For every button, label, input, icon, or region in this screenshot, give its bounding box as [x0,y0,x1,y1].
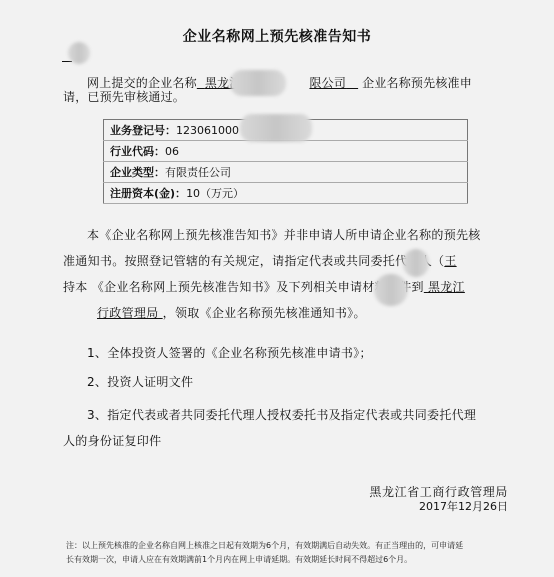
redaction-blur [374,274,408,306]
agent-name: 王 [444,254,480,268]
field-value: 123061000 [176,124,239,137]
redaction-blur [240,114,312,142]
field-value: 10（万元） [186,187,244,200]
field-label: 业务登记号： [110,124,176,137]
redaction-blur [403,249,429,277]
field-label: 行业代码： [110,145,165,158]
table-cell: 行业代码：06 [104,141,468,162]
body-part2: 持本 《企业名称网上预先核准告知书》及下列相关申请材料原件到 [63,280,424,294]
footnote: 注：以上预先核准的企业名称自网上核准之日起有效期为6个月，有效期满后自动失效。有… [66,539,466,567]
company-name-end: 限公司 [309,76,346,90]
redaction-blur [68,42,90,64]
field-value: 06 [165,145,179,158]
office-end: 行政管理局 [97,306,159,320]
table-cell: 企业类型：有限责任公司 [104,162,468,183]
addressee-underline [62,61,72,62]
field-label: 注册资本(金)： [110,187,186,200]
signature-date: 2017年12月26日 [419,498,508,514]
list-item: 3、指定代表或者共同委托代理人授权委托书及指定代表或共同委托代理人的身份证复印件 [63,402,481,454]
table-row: 注册资本(金)：10（万元） [104,183,468,204]
agent-name-start: 王 [444,254,456,268]
field-label: 企业类型： [110,166,165,179]
table-cell: 注册资本(金)：10（万元） [104,183,468,204]
redaction-blur [230,70,286,96]
table-row: 企业类型：有限责任公司 [104,162,468,183]
list-item: 2、投资人证明文件 [63,369,481,395]
intro-prefix: 网上提交的企业名称 [87,76,197,90]
table-row: 行业代码：06 [104,141,468,162]
list-item: 1、全体投资人签署的《企业名称预先核准申请书》； [63,340,481,366]
body-part3: ，领取《企业名称预先核准通知书》。 [163,306,366,320]
office-start: 黑龙江 [428,280,465,294]
field-value: 有限责任公司 [165,166,231,179]
addressee-redacted [62,48,100,62]
